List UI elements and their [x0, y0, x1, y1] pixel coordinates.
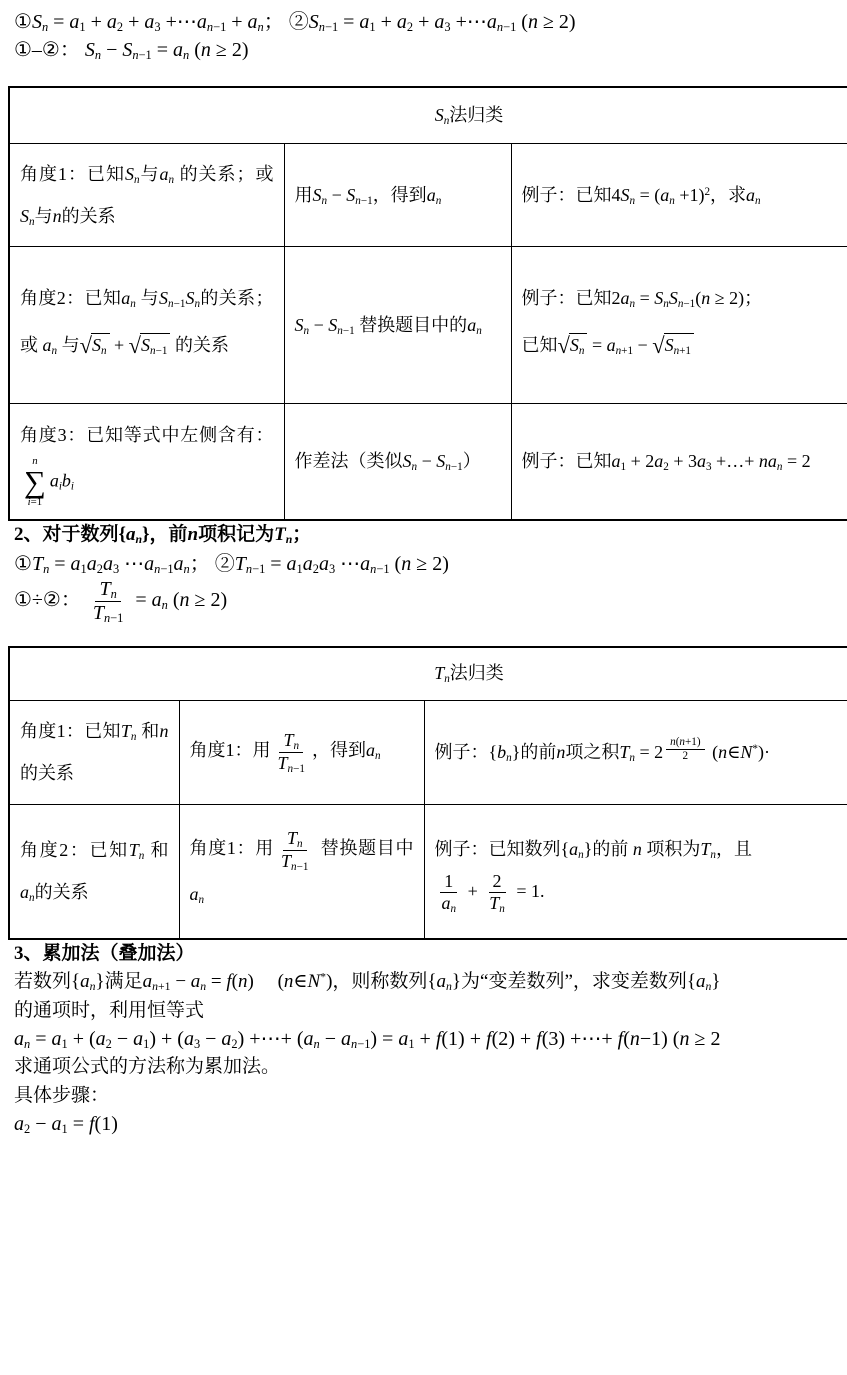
sn-r1c3: 例子：已知4Sn = (an +1)2，求an: [511, 144, 847, 247]
sn-r2c1: 角度2：已知an 与Sn−1Sn的关系；或 an 与√Sn + √Sn−1 的关…: [9, 247, 284, 404]
sn-r2c3: 例子：已知2an = SnSn−1(n ≥ 2)；已知√Sn = an+1 − …: [511, 247, 847, 404]
sn-r2c2: Sn − Sn−1 替换题目中的an: [284, 247, 511, 404]
section3-paragraph-2: 的通项时，利用恒等式: [14, 997, 847, 1026]
sn-r3c1: 角度3：已知等式中左侧含有：n∑i=1aibi: [9, 404, 284, 521]
formula-tn-product: ①Tn = a1a2a3 ⋯an−1an； ②Tn−1 = a1a2a3 ⋯an…: [14, 550, 847, 578]
section3-paragraph-1: 若数列{an}满足an+1 − an = f(n) (n∈N*)，则称数列{an…: [14, 968, 847, 997]
formula-accumulation: an = a1 + (a2 − a1) + (a3 − a2) +⋯+ (an …: [14, 1025, 847, 1053]
table-row: 角度1：已知Tn 和n的关系 角度1：用TnTn−1，得到an 例子：{bn}的…: [9, 700, 847, 804]
section2-heading: 2、对于数列{an}，前n项积记为Tn；: [14, 521, 847, 550]
tn-r2c3: 例子：已知数列{an}的前 n 项积为Tn，且1an + 2Tn = 1.: [424, 804, 847, 939]
sn-r1c2: 用Sn − Sn−1，得到an: [284, 144, 511, 247]
tn-table: Tn法归类 角度1：已知Tn 和n的关系 角度1：用TnTn−1，得到an 例子…: [8, 646, 847, 940]
table-row: 角度2：已知an 与Sn−1Sn的关系；或 an 与√Sn + √Sn−1 的关…: [9, 247, 847, 404]
sn-table-wrapper: Sn法归类 角度1：已知Sn与an 的关系；或Sn与n的关系 用Sn − Sn−…: [8, 64, 847, 521]
tn-table-title: Tn法归类: [9, 647, 847, 701]
tn-r2c1: 角度2：已知Tn 和an的关系: [9, 804, 179, 939]
tn-r1c3: 例子：{bn}的前n项之积Tn = 2n(n+1)2 (n∈N*)·: [424, 700, 847, 804]
tn-r2c2: 角度1：用TnTn−1 替换题目中an: [179, 804, 424, 939]
sn-r1c1: 角度1：已知Sn与an 的关系；或Sn与n的关系: [9, 144, 284, 247]
tn-r1c2: 角度1：用TnTn−1，得到an: [179, 700, 424, 804]
sn-table-title: Sn法归类: [9, 87, 847, 144]
section3-heading: 3、累加法（叠加法）: [14, 940, 847, 969]
sn-r3c2: 作差法（类似Sn − Sn−1）: [284, 404, 511, 521]
formula-step-1: a2 − a1 = f(1): [14, 1110, 847, 1138]
table-row: 角度3：已知等式中左侧含有：n∑i=1aibi 作差法（类似Sn − Sn−1）…: [9, 404, 847, 521]
table-row: 角度1：已知Sn与an 的关系；或Sn与n的关系 用Sn − Sn−1，得到an…: [9, 144, 847, 247]
tn-table-wrapper: Tn法归类 角度1：已知Tn 和n的关系 角度1：用TnTn−1，得到an 例子…: [8, 625, 847, 940]
sn-r3c3: 例子：已知a1 + 2a2 + 3a3 +…+ nan = 2: [511, 404, 847, 521]
document-page: ①Sn = a1 + a2 + a3 +⋯an−1 + an； ②Sn−1 = …: [0, 0, 847, 1138]
sn-table: Sn法归类 角度1：已知Sn与an 的关系；或Sn与n的关系 用Sn − Sn−…: [8, 86, 847, 521]
tn-r1c1: 角度1：已知Tn 和n的关系: [9, 700, 179, 804]
formula-sn-sum: ①Sn = a1 + a2 + a3 +⋯an−1 + an； ②Sn−1 = …: [14, 8, 847, 36]
section3-paragraph-3: 求通项公式的方法称为累加法。: [14, 1053, 847, 1082]
formula-sn-diff: ①–②： Sn − Sn−1 = an (n ≥ 2): [14, 36, 847, 64]
section3-paragraph-4: 具体步骤：: [14, 1082, 847, 1111]
formula-tn-ratio: ①÷②： TnTn−1 = an (n ≥ 2): [14, 578, 847, 625]
table-row: 角度2：已知Tn 和an的关系 角度1：用TnTn−1 替换题目中an 例子：已…: [9, 804, 847, 939]
